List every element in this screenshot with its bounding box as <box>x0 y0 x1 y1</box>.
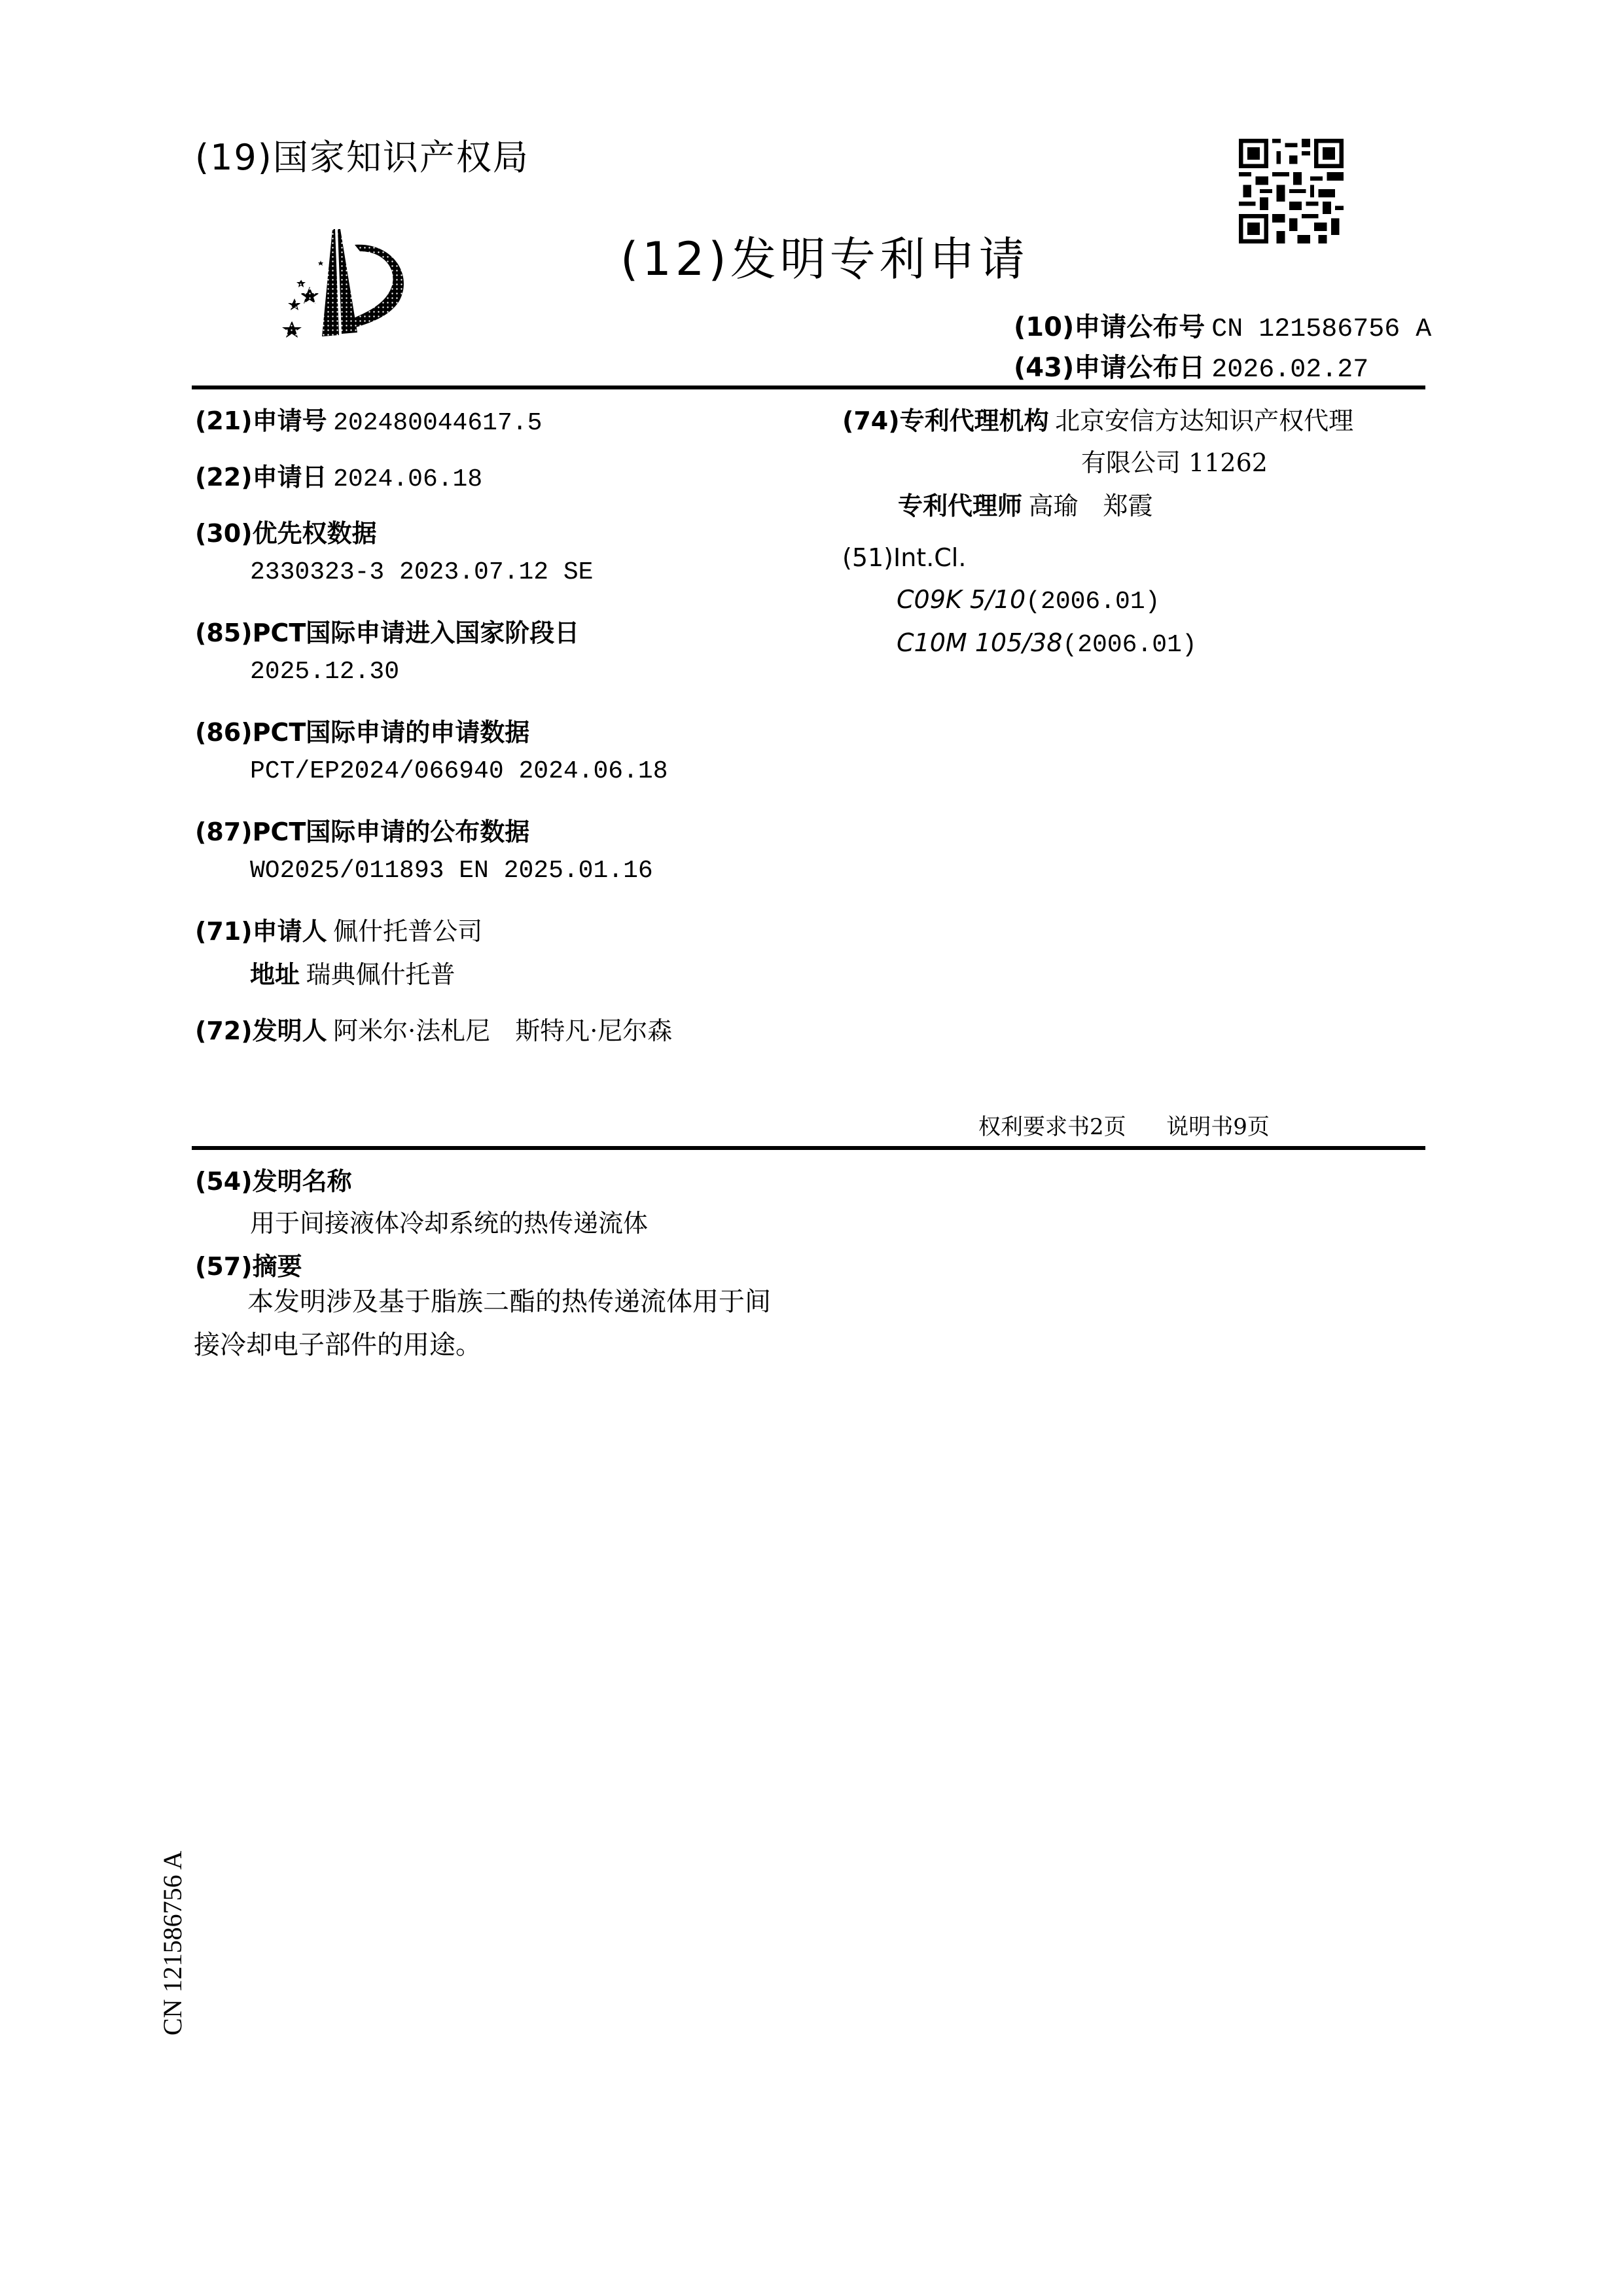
qr-code-icon[interactable] <box>1239 139 1344 243</box>
agency-line1: 北京安信方达知识产权代理 <box>1055 406 1353 435</box>
inventors-row: (72)发明人 阿米尔·法札尼 斯特凡·尼尔森 <box>195 1011 672 1047</box>
agency-line2: 有限公司 11262 <box>1081 442 1268 478</box>
document-type-title: (12)发明专利申请 <box>620 223 1029 289</box>
application-number-label: (21)申请号 <box>195 406 327 435</box>
filing-date: 2024.06.18 <box>333 465 482 493</box>
pct-application-value: PCT/EP2024/066940 2024.06.18 <box>250 755 668 785</box>
ipc-label: (51)Int.Cl. <box>842 543 966 573</box>
applicant-label: (71)申请人 <box>195 917 327 946</box>
invention-title-label: (54)发明名称 <box>195 1161 352 1197</box>
address: 瑞典佩什托普 <box>306 960 455 989</box>
publication-number-label: (10)申请公布号 <box>1014 312 1205 342</box>
inventors: 阿米尔·法札尼 斯特凡·尼尔森 <box>333 1016 672 1045</box>
publication-date: 2026.02.27 <box>1211 355 1368 385</box>
cnipa-logo-icon <box>262 223 419 347</box>
ipc-item: C10M 105/38(2006.01) <box>897 628 1197 659</box>
abstract-text: 本发明涉及基于脂族二酯的热传递流体用于间接冷却电子部件的用途。 <box>194 1280 796 1367</box>
claims-pages: 权利要求书2页 <box>978 1114 1126 1140</box>
address-row: 地址 瑞典佩什托普 <box>250 954 455 990</box>
agency-label: (74)专利代理机构 <box>842 406 1049 435</box>
priority-value: 2330323-3 2023.07.12 SE <box>250 556 594 586</box>
ipc-code: C09K 5/10 <box>897 585 1026 614</box>
agent-label: 专利代理师 <box>898 492 1022 520</box>
description-pages: 说明书9页 <box>1166 1114 1270 1140</box>
publication-date-label: (43)申请公布日 <box>1014 353 1205 383</box>
pct-publication-value: WO2025/011893 EN 2025.01.16 <box>250 855 653 885</box>
abstract-label: (57)摘要 <box>195 1246 302 1282</box>
publication-number-row: (10)申请公布号 CN 121586756 A <box>1014 306 1431 344</box>
ipc-version: (2006.01) <box>1062 631 1196 659</box>
filing-date-row: (22)申请日 2024.06.18 <box>195 457 482 493</box>
applicant: 佩什托普公司 <box>333 917 482 946</box>
invention-title: 用于间接液体冷却系统的热传递流体 <box>250 1203 648 1239</box>
ipc-version: (2006.01) <box>1026 588 1160 616</box>
agents: 高瑜 郑霞 <box>1029 492 1153 520</box>
pct-national-phase-date: 2025.12.30 <box>250 656 399 686</box>
agency-row: (74)专利代理机构 北京安信方达知识产权代理 <box>842 401 1353 437</box>
application-number-row: (21)申请号 202480044617.5 <box>195 401 542 437</box>
pct-application-label: (86)PCT国际申请的申请数据 <box>195 712 529 748</box>
vertical-publication-number: CN 121586756 A <box>157 1851 188 2036</box>
pct-national-phase-label: (85)PCT国际申请进入国家阶段日 <box>195 613 579 649</box>
address-label: 地址 <box>250 960 300 989</box>
applicant-row: (71)申请人 佩什托普公司 <box>195 911 482 947</box>
agent-row: 专利代理师 高瑜 郑霞 <box>898 486 1153 522</box>
page-counts: 权利要求书2页 说明书9页 <box>978 1109 1270 1141</box>
section-divider <box>192 1146 1425 1150</box>
pct-publication-label: (87)PCT国际申请的公布数据 <box>195 812 529 848</box>
inventors-label: (72)发明人 <box>195 1016 327 1045</box>
publication-number: CN 121586756 A <box>1211 315 1431 344</box>
ipc-item: C09K 5/10(2006.01) <box>897 585 1160 616</box>
filing-date-label: (22)申请日 <box>195 463 327 492</box>
priority-label: (30)优先权数据 <box>195 513 377 549</box>
publication-date-row: (43)申请公布日 2026.02.27 <box>1014 347 1368 385</box>
application-number: 202480044617.5 <box>333 409 542 437</box>
office-name: (19)国家知识产权局 <box>195 130 529 180</box>
ipc-code: C10M 105/38 <box>897 628 1062 657</box>
header-divider <box>192 386 1425 389</box>
